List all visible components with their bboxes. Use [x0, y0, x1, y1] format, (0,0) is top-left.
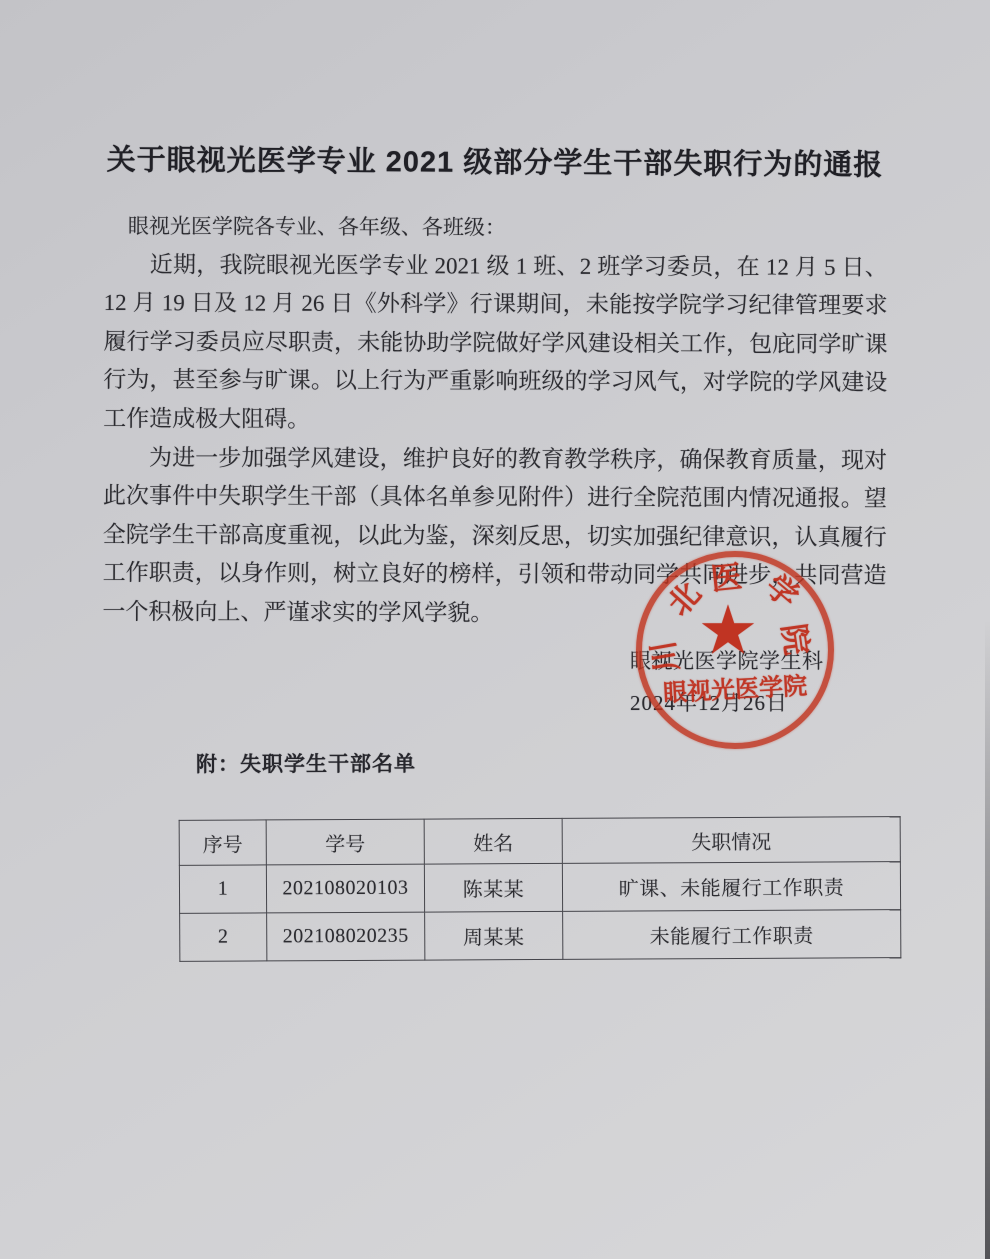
- page-title: 关于眼视光医学专业 2021 级部分学生干部失职行为的通报: [0, 137, 990, 185]
- table-cell-name: 周某某: [425, 911, 563, 960]
- table-cell-violation: 旷课、未能履行工作职责: [562, 862, 900, 912]
- photo-paper-edge: [985, 620, 990, 1259]
- table-cell-violation: 未能履行工作职责: [563, 910, 901, 960]
- table-cell-index: 1: [179, 865, 266, 913]
- table-header-cell: 姓名: [424, 818, 562, 864]
- document-page: 关于眼视光医学专业 2021 级部分学生干部失职行为的通报 眼视光医学院各专业、…: [0, 0, 990, 1259]
- table-cell-student-id: 202108020235: [267, 912, 425, 961]
- table-row: 1 202108020103 陈某某 旷课、未能履行工作职责: [179, 862, 900, 914]
- table-cell-name: 陈某某: [424, 863, 562, 912]
- salutation: 眼视光医学院各专业、各年级、各班级：: [104, 207, 888, 249]
- table-header-row: 序号 学号 姓名 失职情况: [179, 817, 900, 866]
- attachment-label: 附：失职学生干部名单: [196, 748, 416, 779]
- body-paragraph-1: 近期，我院眼视光医学专业 2021 级 1 班、2 班学习委员，在 12 月 5…: [103, 246, 888, 442]
- attachment-table: 序号 学号 姓名 失职情况 1 202108020103 陈某某 旷课、未能履行…: [179, 816, 902, 962]
- seal-bottom-text: 眼视光医学院: [662, 666, 808, 708]
- table-cell-student-id: 202108020103: [266, 864, 424, 913]
- seal-arc-char: 川: [637, 638, 687, 676]
- table-row: 2 202108020235 周某某 未能履行工作职责: [180, 910, 901, 962]
- table-header-cell: 失职情况: [562, 817, 900, 864]
- table-header-cell: 学号: [266, 819, 424, 865]
- star-icon: ★: [698, 596, 759, 664]
- official-seal: 川 北 医 学 院 ★ 眼视光医学院: [636, 551, 834, 749]
- table-cell-index: 2: [180, 913, 267, 961]
- table-header-cell: 序号: [179, 820, 266, 865]
- seal-arc-char: 院: [774, 621, 823, 658]
